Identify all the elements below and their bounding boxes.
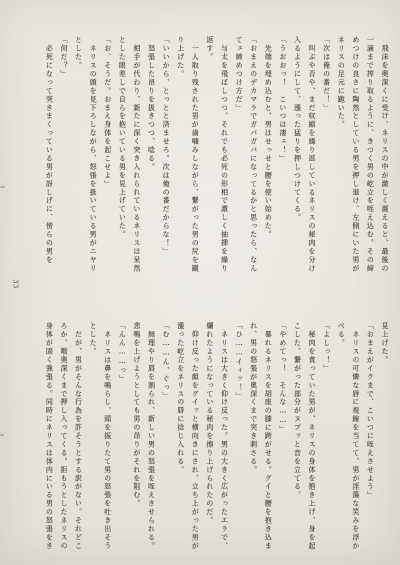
- text-column-paragraph: 相手が代わり、新たに深く突き入れられているネリスは呆然とした眼差しで自らを抱いて…: [115, 36, 144, 273]
- text-column-paragraph: ネリスは大きく仰け反った。男の大きく広がったエラで、爛れたようになっている秘肉を…: [202, 322, 231, 558]
- text-column-paragraph: ネリスは鼻を鳴らし、頭を振りたて男の怒張を吐き出そうとした。: [86, 322, 115, 558]
- text-column-paragraph: 怒張した昂りを扱きつつ、唸る。: [144, 36, 159, 273]
- scanned-page: 飛沫を奥深くに受け、ネリスの中が激しく震えると、最後の一滴まで搾り取るように、き…: [0, 0, 400, 565]
- scan-speck: [0, 434, 4, 436]
- text-column-paragraph: 「うおおっ！ こいつは凄ェ！」: [275, 36, 290, 273]
- text-column-paragraph: ネリスの頭を見下ろしながら、怒張を扱いている男がニヤリとした。: [71, 36, 100, 273]
- upper-text-block: 飛沫を奥深くに受け、ネリスの中が激しく震えると、最後の一滴まで搾り取るように、き…: [40, 36, 392, 273]
- text-column-paragraph: だが、男がそんな行為を許そうとする訳がない。それどころか、喉奥深くまで押し入って…: [40, 322, 86, 558]
- text-column-paragraph: 先端を埋め込むと、男はせっせと腰を使い始めた。: [261, 36, 276, 273]
- text-column-paragraph: 飛沫を奥深くに受け、ネリスの中が激しく震えると、最後の一滴まで搾り取るように、き…: [334, 36, 392, 273]
- text-column-paragraph: 「何だ？」: [56, 36, 71, 273]
- text-column-paragraph: 「おまえのデカマラでガバガバになってるかと思ったら、なんてェ締めつけ方だ」: [231, 36, 260, 273]
- text-column-paragraph: 一人取り残された男が歯噛みしながら、繋がった男の尻を蹴り上げた。: [173, 36, 202, 273]
- text-column-paragraph: 「次は俺の番だ！」: [319, 36, 334, 273]
- lower-text-block: 見上げた。 「おまえがイクまで、こいつに咥えさせよう」 ネリスの可憐な唇に視線を…: [40, 322, 392, 558]
- page-number: 33: [12, 279, 20, 288]
- text-column-paragraph: 叫ぶや否や、まだ収縮を繰り返しているネリスの秘肉を分け入るようにして、漲った猛り…: [290, 36, 319, 273]
- text-column-paragraph: 「いいから、とっとと済ませろ。次は俺の番だからな！」: [159, 36, 174, 273]
- text-column-paragraph: 与太を飛ばしつつ、それでも必死の形相で激しく抽挿を繰り返す。: [202, 36, 231, 273]
- text-column-paragraph: 「ひ……イィッ！」: [231, 322, 246, 558]
- text-column-paragraph: 無理やり唇を割られ、新しい男の怒張を咥えさせられる。悲鳴を上げようとしても男の昂…: [129, 322, 158, 558]
- text-column-paragraph: 「む……ん、ぐっ」: [159, 322, 174, 558]
- scan-speck: [0, 186, 5, 188]
- text-column-paragraph: 見上げた。: [377, 322, 392, 558]
- text-column-paragraph: 秘肉を貪っていた男が、ネリスの身体を抱き上げ、身を起こした。繋がった部分がヌプッ…: [290, 322, 319, 558]
- text-column-paragraph: 「お、そうだ。おまえ身体を起こせよ」: [100, 36, 115, 273]
- text-column-paragraph: 「よしっ！」: [319, 322, 334, 558]
- text-column-paragraph: 仰け反った顔をグイッと横向きにされ、立ち上がった男が漲った屹立をネリスの唇に捻じ…: [173, 322, 202, 558]
- text-column-paragraph: 「おまえがイクまで、こいつに咥えさせよう」: [363, 322, 378, 558]
- text-column-paragraph: 「んん……っ」: [115, 322, 130, 558]
- text-column-paragraph: ネリスの可憐な唇に視線を当てて、男が淫蕩な笑みを浮かべる。: [334, 322, 363, 558]
- text-column-paragraph: 暴れるネリスを胡座の膝に跨がせる。グイと腰を抱き込まれ、男の怒張が奥深くまで突き…: [246, 322, 275, 558]
- text-column-paragraph: 必死になって突きまくっている男が訝しげに、傍らの男を: [42, 36, 57, 273]
- text-column-paragraph: 「やめてっ！ そんな……」: [275, 322, 290, 558]
